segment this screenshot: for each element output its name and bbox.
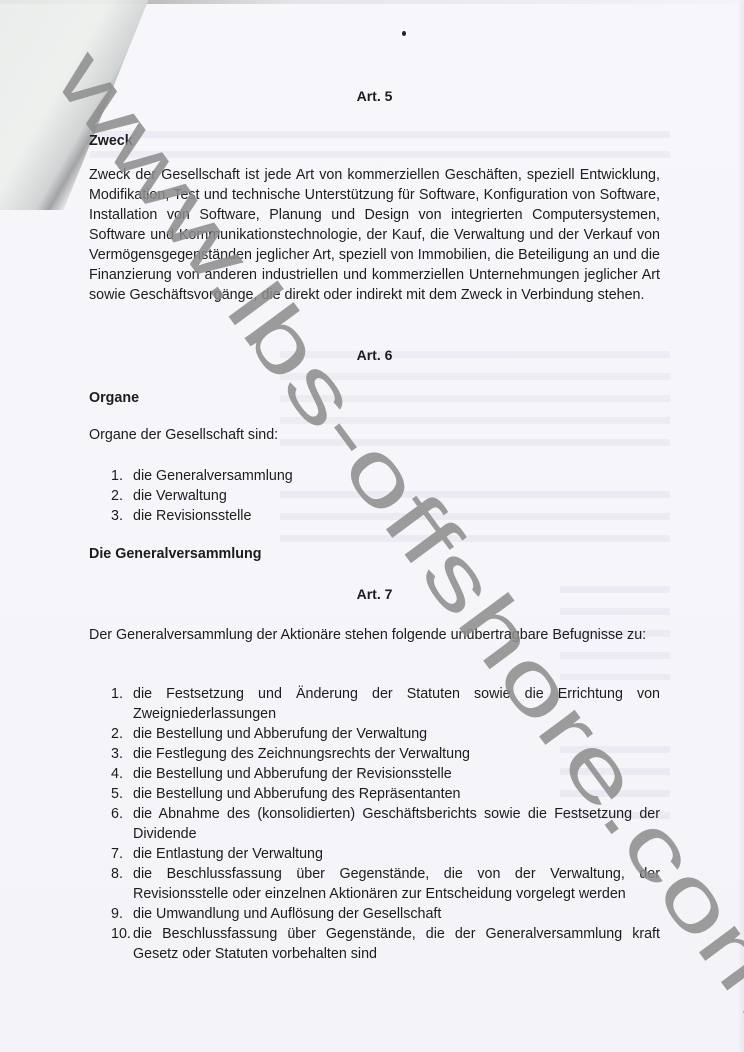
list-item: 2.die Verwaltung	[111, 486, 631, 506]
article-7-intro: Der Generalversammlung der Aktionäre ste…	[89, 625, 660, 645]
list-item: 7.die Entlastung der Verwaltung	[111, 844, 660, 864]
list-item: 2.die Bestellung und Abberufung der Verw…	[111, 724, 660, 744]
document-page: Art. 5 Zweck Zweck der Gesellschaft ist …	[0, 0, 744, 1052]
list-item: 8.die Beschlussfassung über Gegenstände,…	[111, 864, 660, 904]
article-5-text: Zweck der Gesellschaft ist jede Art von …	[89, 165, 660, 305]
list-item: 3.die Festlegung des Zeichnungsrechts de…	[111, 744, 660, 764]
article-6-heading: Organe	[89, 388, 139, 408]
section-heading: Die Generalversammlung	[89, 544, 261, 564]
list-item: 5.die Bestellung und Abberufung des Repr…	[111, 784, 660, 804]
page-right-edge	[738, 0, 744, 1052]
punch-mark	[402, 31, 406, 36]
list-item: 3.die Revisionsstelle	[111, 506, 631, 526]
organs-list: 1.die Generalversammlung 2.die Verwaltun…	[111, 466, 631, 526]
article-5-heading: Zweck	[89, 131, 133, 151]
article-7-title: Art. 7	[89, 584, 660, 604]
list-item: 1.die Festsetzung und Änderung der Statu…	[111, 684, 660, 724]
article-6-title: Art. 6	[89, 345, 660, 365]
article-6-intro: Organe der Gesellschaft sind:	[89, 425, 660, 445]
list-item: 6.die Abnahme des (konsolidierten) Gesch…	[111, 804, 660, 844]
article-5-title: Art. 5	[89, 86, 660, 106]
list-item: 10.die Beschlussfassung über Gegenstände…	[111, 924, 660, 964]
list-item: 4.die Bestellung und Abberufung der Revi…	[111, 764, 660, 784]
list-item: 9.die Umwandlung und Auflösung der Gesel…	[111, 904, 660, 924]
bleed-through-area	[90, 125, 670, 165]
powers-list: 1.die Festsetzung und Änderung der Statu…	[111, 684, 660, 964]
list-item: 1.die Generalversammlung	[111, 466, 631, 486]
